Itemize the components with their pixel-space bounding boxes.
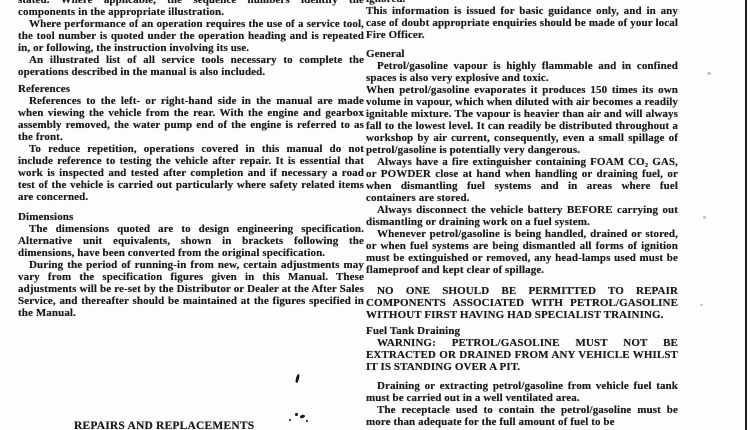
paragraph-continuation: stated. Where applicable, the sequence n… bbox=[18, 0, 364, 18]
scan-artifact bbox=[295, 374, 300, 383]
scan-artifact bbox=[289, 419, 291, 421]
section-heading-fuel-tank-draining: Fuel Tank Draining bbox=[366, 325, 678, 337]
left-column: stated. Where applicable, the sequence n… bbox=[18, 0, 364, 319]
paragraph-fire-officer: This information is issued for basic gui… bbox=[366, 5, 678, 41]
paragraph-ignition-sources: Whenever petrol/gasoline is being handle… bbox=[366, 228, 678, 276]
paragraph-illustrated-list: An illustrated list of all service tools… bbox=[18, 54, 364, 78]
paragraph-vapour-flammable: Petrol/gasoline vapour is highly flammab… bbox=[366, 60, 678, 84]
paragraph-fire-extinguisher: Always have a fire extinguisher containi… bbox=[366, 156, 678, 204]
scan-artifact bbox=[306, 420, 308, 422]
page-edge-line bbox=[745, 0, 747, 430]
scan-artifact bbox=[295, 413, 298, 416]
scan-artifact bbox=[700, 304, 703, 306]
paragraph-ventilated-area: Draining or extracting petrol/gasoline f… bbox=[366, 380, 678, 404]
paragraph-service-tool: Where performance of an operation requir… bbox=[18, 18, 364, 54]
paragraph-evaporation: When petrol/gasoline evaporates it produ… bbox=[366, 84, 678, 156]
paragraph-receptacle: The receptacle used to contain the petro… bbox=[366, 404, 678, 428]
paragraph-pit-warning: WARNING: PETROL/GASOLINE MUST NOT BE EXT… bbox=[366, 337, 678, 373]
section-heading-dimensions: Dimensions bbox=[18, 211, 364, 223]
paragraph-dimensions-1: The dimensions quoted are to design engi… bbox=[18, 223, 364, 259]
right-column: ignored. This information is issued for … bbox=[366, 0, 678, 428]
section-heading-repairs-and-replacements: REPAIRS AND REPLACEMENTS bbox=[74, 420, 254, 430]
paragraph-disconnect-battery: Always disconnect the vehicle battery BE… bbox=[366, 204, 678, 228]
scan-artifact bbox=[707, 72, 711, 75]
paragraph-references-1: References to the left- or right-hand si… bbox=[18, 95, 364, 143]
paragraph-dimensions-2: During the period of running-in from new… bbox=[18, 259, 364, 319]
section-heading-general: General bbox=[366, 48, 678, 60]
scan-artifact bbox=[703, 216, 706, 219]
section-heading-references: References bbox=[18, 83, 364, 95]
paragraph-specialist-training-warning: NO ONE SHOULD BE PERMITTED TO REPAIR COM… bbox=[366, 285, 678, 321]
scanned-manual-page: stated. Where applicable, the sequence n… bbox=[0, 0, 750, 430]
paragraph-references-2: To reduce repetition, operations covered… bbox=[18, 143, 364, 203]
scan-artifact bbox=[300, 414, 306, 419]
